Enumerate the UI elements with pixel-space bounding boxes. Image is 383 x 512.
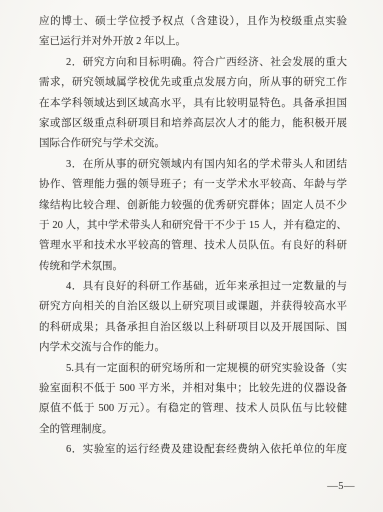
- text-line: 需求，研究领域属学校优先或重点发展方向，所从事的研究工作: [39, 73, 347, 93]
- text-line: 应的博士、硕士学位授予权点（含建设），且作为校级重点实验: [39, 12, 347, 32]
- document-body: 应的博士、硕士学位授予权点（含建设），且作为校级重点实验 室已运行并对外开放 2…: [39, 12, 347, 461]
- text-line: 原值不低于 500 万元）。有稳定的管理、技术人员队伍与比较健: [39, 399, 347, 419]
- text-line: 国际合作研究与学术交流。: [39, 134, 347, 154]
- text-line: 验室面积不低于 500 平方米，并相对集中；比较先进的仪器设备: [39, 379, 347, 399]
- text-line-item-6: 6．实验室的运行经费及建设配套经费纳入依托单位的年度: [39, 440, 347, 460]
- text-line: 协作、管理能力强的领导班子；有一支学术水平较高、年龄与学: [39, 175, 347, 195]
- text-line-item-3: 3．在所从事的研究领域内有国内知名的学术带头人和团结: [39, 155, 347, 175]
- text-line: 传统和学术氛围。: [39, 257, 347, 277]
- text-line: 于 20 人，其中学术带头人和研究骨干不少于 15 人，并有稳定的、: [39, 216, 347, 236]
- text-line: 内学术交流与合作的能力。: [39, 338, 347, 358]
- text-line: 管理水平和技术水平较高的管理、技术人员队伍。有良好的科研: [39, 236, 347, 256]
- text-line: 室已运行并对外开放 2 年以上。: [39, 32, 347, 52]
- text-line-item-4: 4．具有良好的科研工作基础，近年来承担过一定数量的与: [39, 277, 347, 297]
- page-number: —5—: [327, 481, 355, 492]
- text-line: 研究方向相关的自治区级以上研究项目或课题，并获得较高水平: [39, 297, 347, 317]
- text-line: 的科研成果；具备承担自治区级以上科研项目以及开展国际、国: [39, 318, 347, 338]
- text-line: 家或部区级重点科研项目和培养高层次人才的能力，能积极开展: [39, 114, 347, 134]
- text-line-item-5: 5.具有一定面积的研究场所和一定规模的研究实验设备（实: [39, 359, 347, 379]
- document-page: 应的博士、硕士学位授予权点（含建设），且作为校级重点实验 室已运行并对外开放 2…: [0, 0, 383, 512]
- text-line: 全的管理制度。: [39, 420, 347, 440]
- text-line: 在本学科领域达到区域高水平，具有比较明显特色。具备承担国: [39, 94, 347, 114]
- text-line-item-2: 2．研究方向和目标明确。符合广西经济、社会发展的重大: [39, 53, 347, 73]
- text-line: 缘结构比较合理、创新能力较强的优秀研究群体；固定人员不少: [39, 196, 347, 216]
